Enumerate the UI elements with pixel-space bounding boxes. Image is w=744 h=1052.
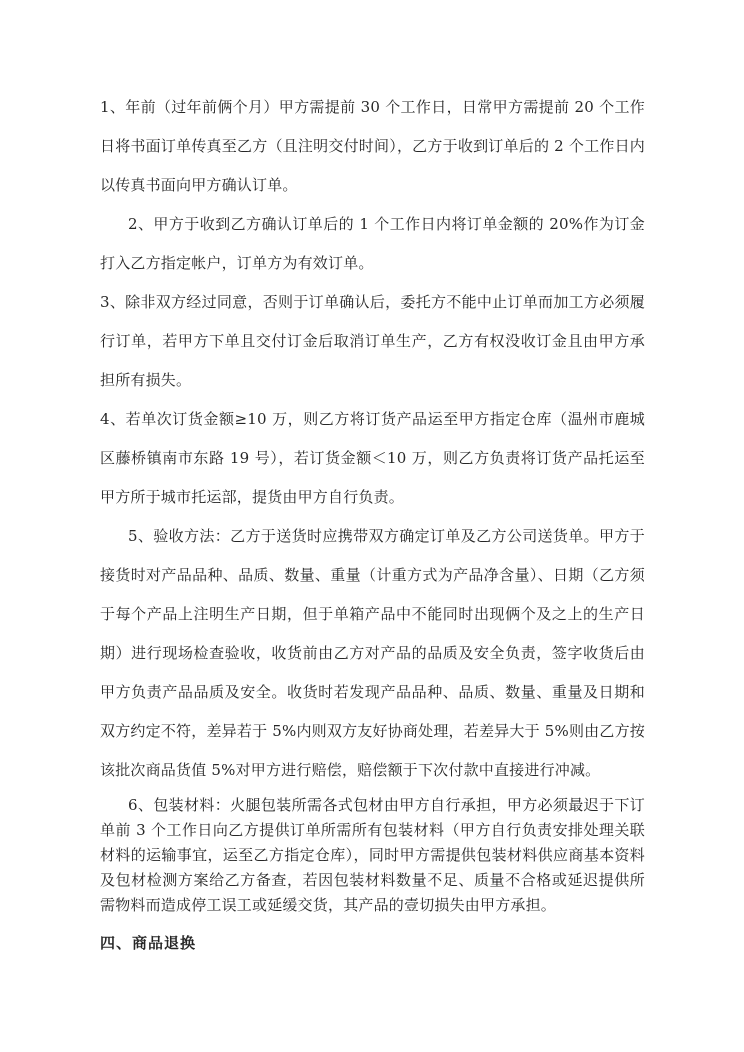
document-page: 1、年前（过年前俩个月）甲方需提前 30 个工作日，日常甲方需提前 20 个工作… <box>0 0 744 1052</box>
contract-clause-2: 2、甲方于收到乙方确认订单后的 1 个工作日内将订单金额的 20%作为订金打入乙… <box>100 205 645 283</box>
section-heading-product-returns: 四、商品退换 <box>100 931 645 956</box>
contract-clause-6: 6、包装材料：火腿包装所需各式包材由甲方自行承担，甲方必须最迟于下订单前 3 个… <box>100 793 645 918</box>
contract-clause-3: 3、除非双方经过同意，否则于订单确认后，委托方不能中止订单而加工方必须履行订单，… <box>100 283 645 400</box>
contract-clause-4: 4、若单次订货金额≥10 万，则乙方将订货产品运至甲方指定仓库（温州市鹿城区藤桥… <box>100 400 645 517</box>
contract-clause-1: 1、年前（过年前俩个月）甲方需提前 30 个工作日，日常甲方需提前 20 个工作… <box>100 88 645 205</box>
contract-clause-5: 5、验收方法：乙方于送货时应携带双方确定订单及乙方公司送货单。甲方于接货时对产品… <box>100 517 645 790</box>
